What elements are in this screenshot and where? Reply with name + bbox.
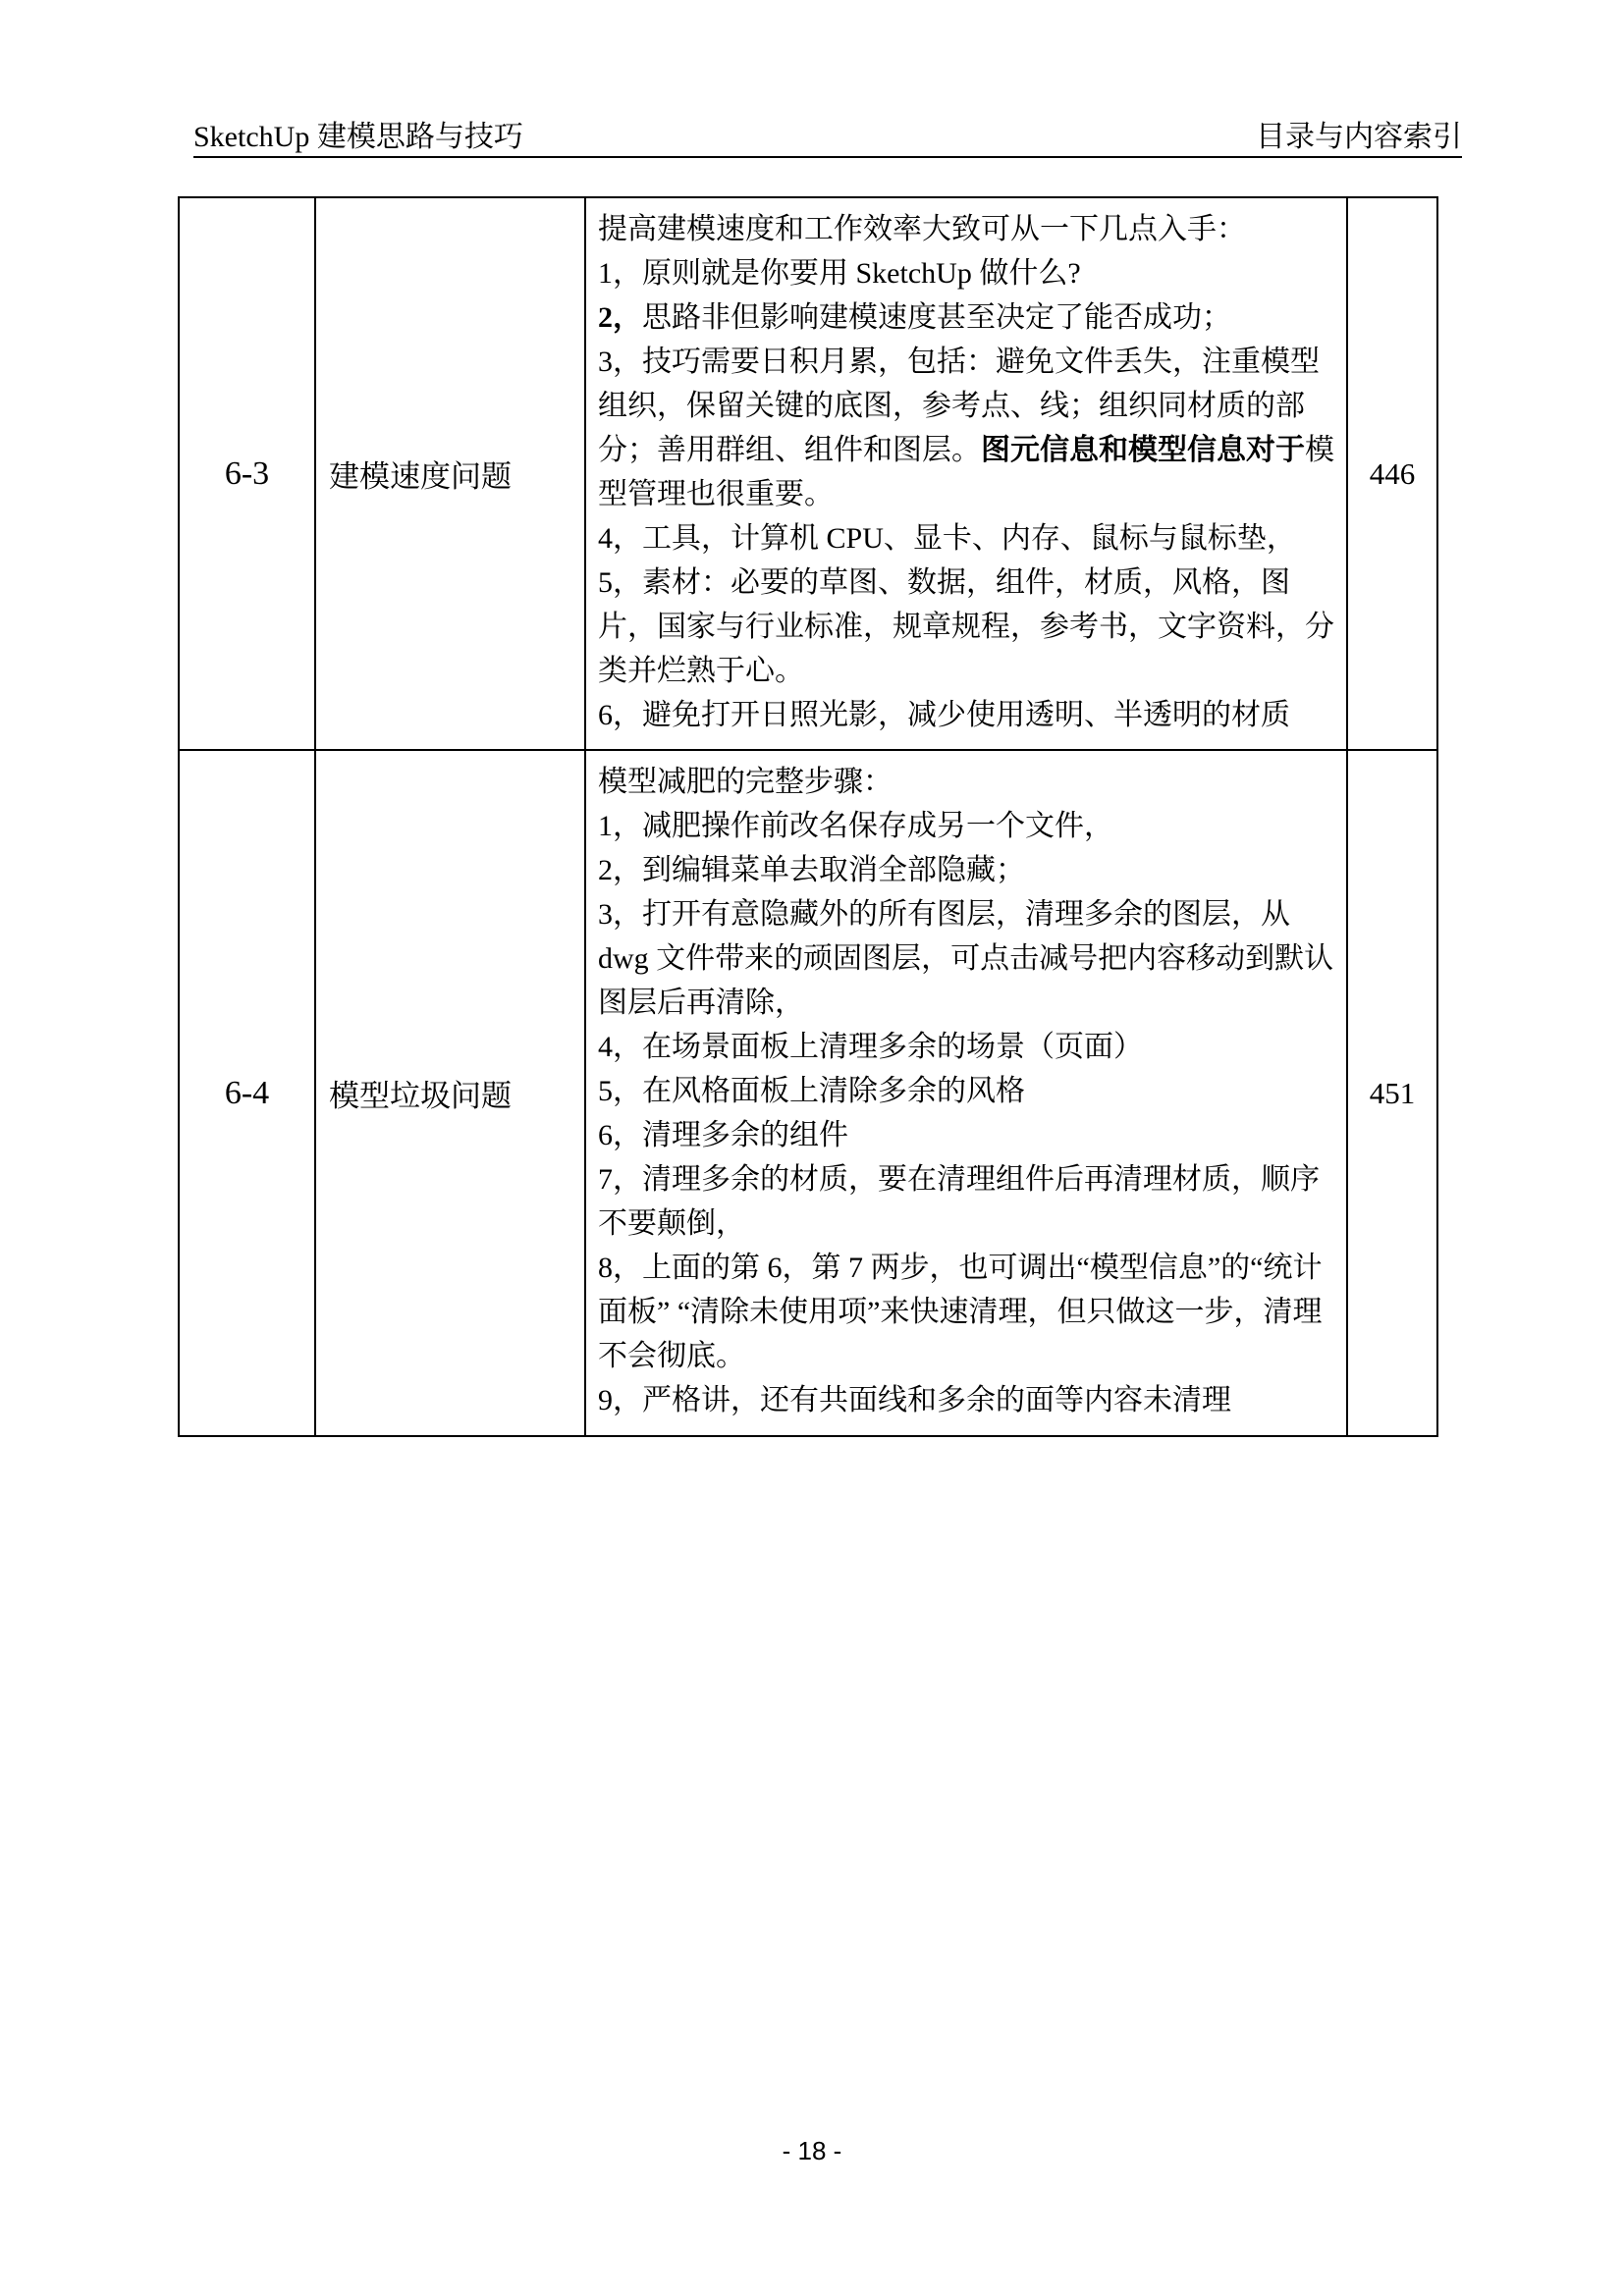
table-row: 6-3 建模速度问题 提高建模速度和工作效率大致可从一下几点入手：1，原则就是你… <box>179 197 1437 750</box>
section-number-cell: 6-4 <box>179 750 315 1436</box>
header-right-title: 目录与内容索引 <box>1256 122 1462 153</box>
table-row: 6-4 模型垃圾问题 模型减肥的完整步骤：1，减肥操作前改名保存成另一个文件，2… <box>179 750 1437 1436</box>
text-run: 3，打开有意隐藏外的所有图层，清理多余的图层，从 dwg 文件带来的顽固图层，可… <box>598 898 1333 1019</box>
text-run: 8，上面的第 6，第 7 两步，也可调出“模型信息”的“统计面板” “清除未使用… <box>598 1252 1322 1372</box>
paragraph: 3，打开有意隐藏外的所有图层，清理多余的图层，从 dwg 文件带来的顽固图层，可… <box>598 892 1336 1025</box>
text-run: 5，素材：必要的草图、数据，组件，材质，风格，图片，国家与行业标准，规章规程，参… <box>598 566 1334 687</box>
text-run: 7，清理多余的材质，要在清理组件后再清理材质，顺序不要颠倒， <box>598 1163 1320 1240</box>
paragraph: 2，思路非但影响建模速度甚至决定了能否成功； <box>598 295 1336 340</box>
paragraph: 3，技巧需要日积月累，包括：避免文件丢失，注重模型组织，保留关键的底图，参考点、… <box>598 340 1336 516</box>
text-run: 9，严格讲，还有共面线和多余的面等内容未清理 <box>598 1384 1231 1416</box>
bold-text-run: 图元信息和模型信息对于 <box>981 434 1305 466</box>
page-number-cell: 446 <box>1347 197 1437 750</box>
text-run: 4，在场景面板上清理多余的场景（页面） <box>598 1031 1143 1063</box>
content-cell: 提高建模速度和工作效率大致可从一下几点入手：1，原则就是你要用 SketchUp… <box>585 197 1347 750</box>
toc-table: 6-3 建模速度问题 提高建模速度和工作效率大致可从一下几点入手：1，原则就是你… <box>178 196 1438 1437</box>
paragraph: 2，到编辑菜单去取消全部隐藏； <box>598 848 1336 892</box>
text-run: 1，减肥操作前改名保存成另一个文件， <box>598 810 1113 842</box>
paragraph: 6，清理多余的组件 <box>598 1113 1336 1157</box>
paragraph: 8，上面的第 6，第 7 两步，也可调出“模型信息”的“统计面板” “清除未使用… <box>598 1246 1336 1378</box>
text-run: 1，原则就是你要用 SketchUp 做什么? <box>598 257 1081 290</box>
paragraph: 5，在风格面板上清除多余的风格 <box>598 1069 1336 1113</box>
document-page: { "header": { "left_title": "SketchUp 建模… <box>0 0 1624 2296</box>
text-run: 模型减肥的完整步骤： <box>598 766 893 798</box>
content-cell: 模型减肥的完整步骤：1，减肥操作前改名保存成另一个文件，2，到编辑菜单去取消全部… <box>585 750 1347 1436</box>
paragraph: 提高建模速度和工作效率大致可从一下几点入手： <box>598 207 1336 251</box>
text-run: 提高建模速度和工作效率大致可从一下几点入手： <box>598 213 1246 245</box>
text-run: 2，到编辑菜单去取消全部隐藏； <box>598 854 1025 886</box>
header-left-title: SketchUp 建模思路与技巧 <box>193 122 523 153</box>
footer-page-number: - 18 - <box>0 2136 1624 2166</box>
text-run: 6，避免打开日照光影，减少使用透明、半透明的材质 <box>598 699 1290 731</box>
paragraph: 1，原则就是你要用 SketchUp 做什么? <box>598 251 1336 295</box>
text-run: 5，在风格面板上清除多余的风格 <box>598 1075 1025 1107</box>
paragraph: 模型减肥的完整步骤： <box>598 760 1336 804</box>
toc-table-body: 6-3 建模速度问题 提高建模速度和工作效率大致可从一下几点入手：1，原则就是你… <box>179 197 1437 1436</box>
page-header: SketchUp 建模思路与技巧 目录与内容索引 <box>193 122 1462 158</box>
paragraph: 1，减肥操作前改名保存成另一个文件， <box>598 804 1336 848</box>
paragraph: 7，清理多余的材质，要在清理组件后再清理材质，顺序不要颠倒， <box>598 1157 1336 1246</box>
text-run: 4，工具，计算机 CPU、显卡、内存、鼠标与鼠标垫， <box>598 522 1296 555</box>
bold-text-run: 2， <box>598 301 642 334</box>
paragraph: 4，在场景面板上清理多余的场景（页面） <box>598 1025 1336 1069</box>
topic-cell: 模型垃圾问题 <box>315 750 585 1436</box>
paragraph: 9，严格讲，还有共面线和多余的面等内容未清理 <box>598 1378 1336 1422</box>
topic-cell: 建模速度问题 <box>315 197 585 750</box>
paragraph: 4，工具，计算机 CPU、显卡、内存、鼠标与鼠标垫， <box>598 516 1336 561</box>
page-number-cell: 451 <box>1347 750 1437 1436</box>
section-number-cell: 6-3 <box>179 197 315 750</box>
text-run: 思路非但影响建模速度甚至决定了能否成功； <box>642 301 1231 334</box>
paragraph: 5，素材：必要的草图、数据，组件，材质，风格，图片，国家与行业标准，规章规程，参… <box>598 561 1336 693</box>
paragraph: 6，避免打开日照光影，减少使用透明、半透明的材质 <box>598 693 1336 737</box>
text-run: 6，清理多余的组件 <box>598 1119 848 1151</box>
